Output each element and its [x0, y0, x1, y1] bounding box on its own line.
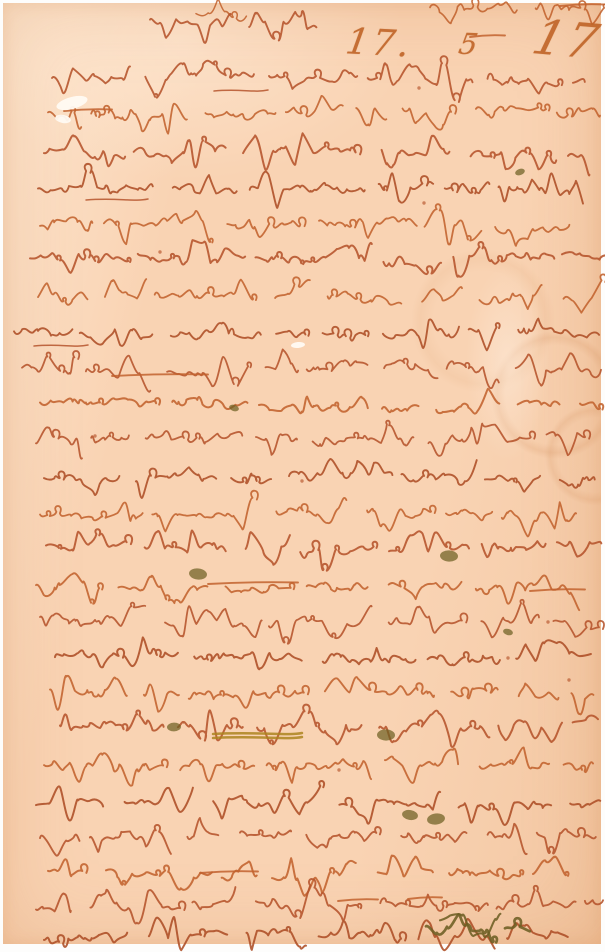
- date-number-day: 17.: [343, 24, 415, 63]
- scanned-page: 17. 5 17: [0, 0, 605, 952]
- manuscript-paper: [3, 3, 601, 944]
- date-number-year: 17: [528, 14, 605, 67]
